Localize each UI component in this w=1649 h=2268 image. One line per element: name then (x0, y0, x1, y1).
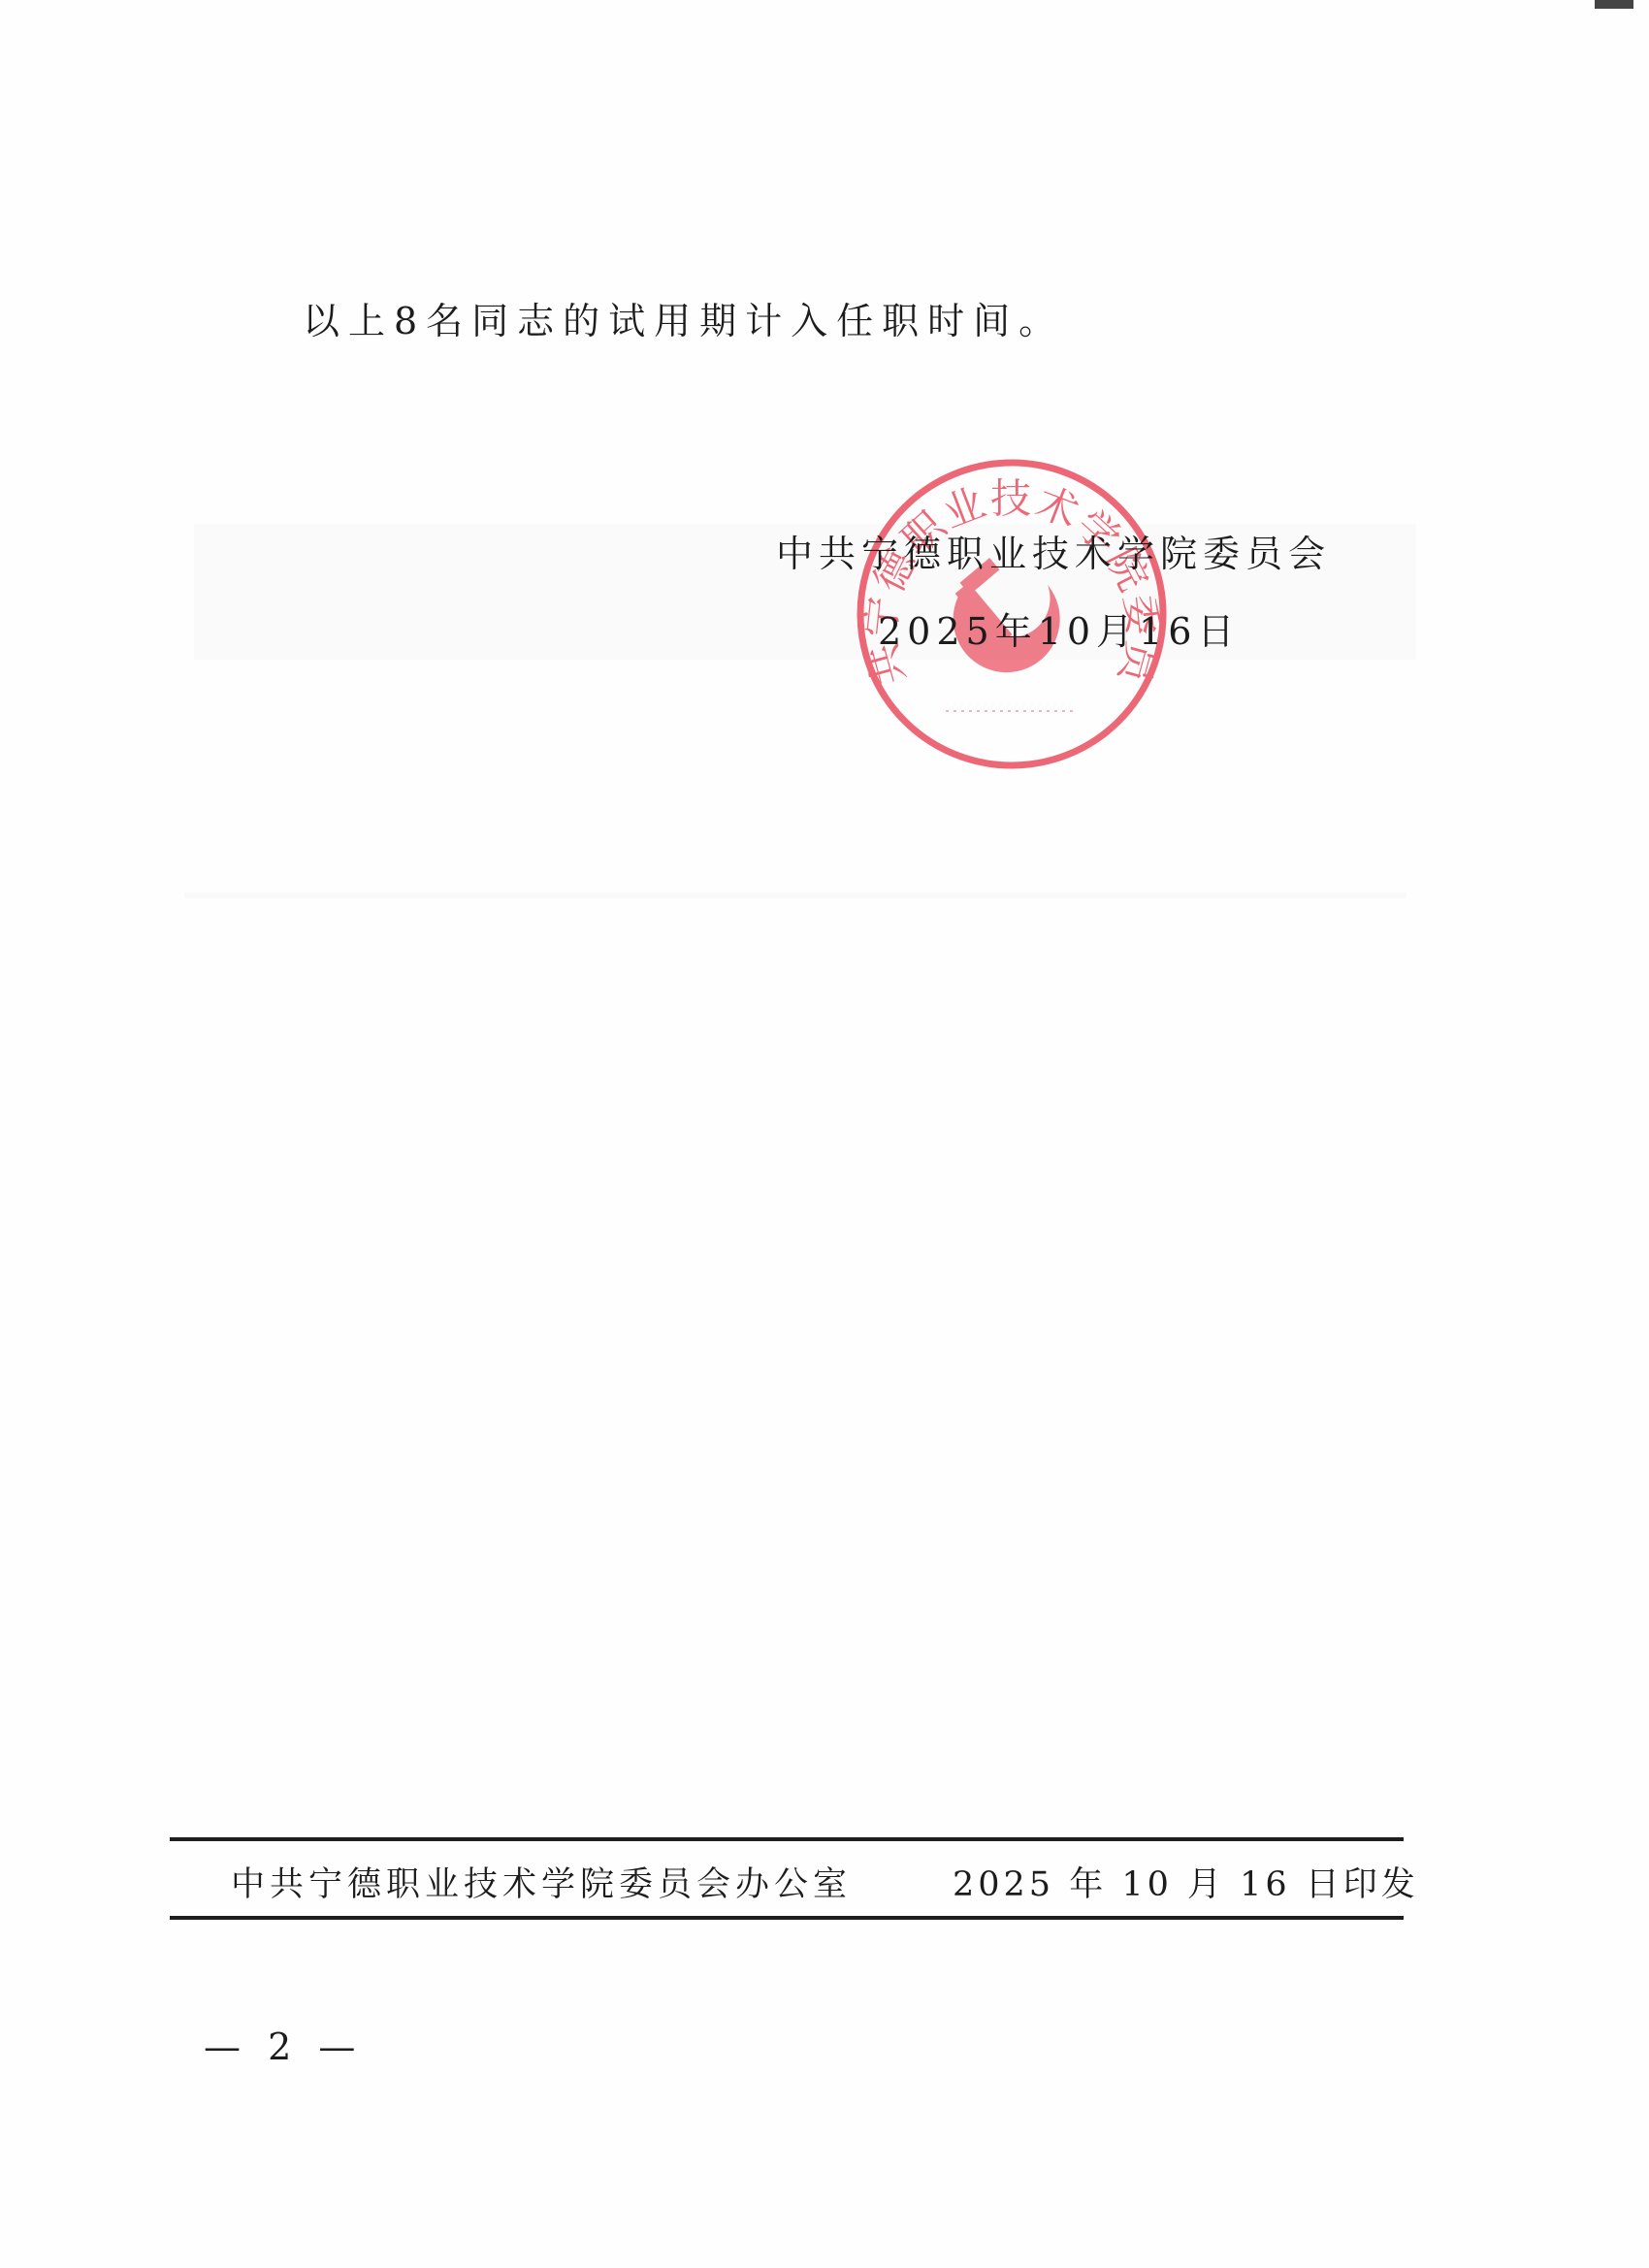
footer-issue-date: 2025 年 10 月 16 日印发 (953, 1858, 1419, 1906)
signature-organization: 中共宁德职业技术学院委员会 (776, 524, 1331, 577)
footer-bottom-rule (170, 1916, 1404, 1920)
body-paragraph: 以上8名同志的试用期计入任职时间。 (303, 291, 1064, 344)
footer-top-rule (170, 1837, 1404, 1841)
bleed-through-artifact (184, 892, 1406, 898)
signature-date: 2025年10月16日 (878, 601, 1240, 655)
footer-issuer: 中共宁德职业技术学院委员会办公室 (231, 1858, 852, 1906)
page-number: — 2 — (204, 2025, 363, 2068)
scan-edge-mark (1595, 0, 1633, 9)
